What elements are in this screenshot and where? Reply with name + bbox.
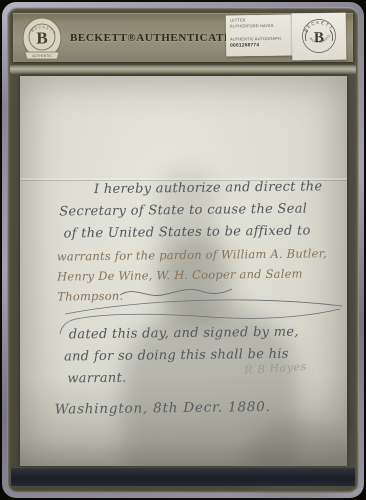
letter-paper: I hereby authorize and direct the Secret… <box>20 76 347 466</box>
beckett-label-band: BECKETT B AUTHENTIC BECKETT®AUTHENTICATI… <box>13 13 353 62</box>
cert-number: 0001268774 <box>230 42 280 48</box>
letter-line: dated this day, and signed by me, <box>69 325 299 343</box>
letter-line-pardon: warrants for the pardon of William A. Bu… <box>57 246 327 263</box>
slab-bottom-band <box>11 467 355 486</box>
letter-line-pardon: Henry De Wine, W. H. Cooper and Salem <box>57 267 303 284</box>
cert-subject: RUTHERFORD HAYES <box>230 24 278 30</box>
signature: R B Hayes <box>244 360 307 377</box>
cert-sticker: LETTER RUTHERFORD HAYES AUTHENTIC AUTOGR… <box>226 15 293 57</box>
beckett-seal-right-icon: BECKETT AUTHENTIC B <box>292 13 347 61</box>
letter-line: I hereby authorize and direct the <box>94 179 323 197</box>
letter-line-pardon: Thompson. <box>57 289 123 304</box>
seal-right-letter: B <box>314 30 324 46</box>
seal-left-letter: B <box>36 29 47 48</box>
letter-line: of the United States to be affixed to <box>63 223 310 241</box>
beckett-seal-left-icon: BECKETT B AUTHENTIC <box>19 15 65 63</box>
paper-bottom-shadow <box>20 376 347 466</box>
cert-spacer <box>230 30 292 37</box>
letter-line: and for so doing this shall be his <box>64 347 289 365</box>
slab-seam <box>10 65 356 74</box>
letter-line: Secretary of State to cause the Seal <box>59 201 307 219</box>
cert-designation: AUTHENTIC AUTOGRAPH <box>230 36 278 42</box>
seal-right-patch: BECKETT AUTHENTIC B <box>292 13 347 61</box>
photo-of-slabbed-letter: BECKETT B AUTHENTIC BECKETT®AUTHENTICATI… <box>0 0 366 500</box>
seal-left-banner-text: AUTHENTIC <box>32 54 52 58</box>
cert-type: LETTER <box>230 18 278 24</box>
